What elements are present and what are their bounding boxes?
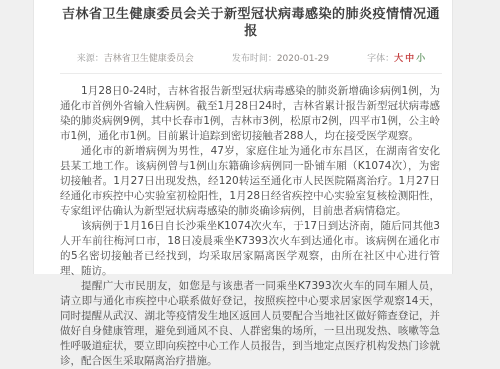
title-divider <box>60 73 442 74</box>
article-paragraph-1: 1月28日0-24时，吉林省报告新型冠状病毒感染的肺炎新增确诊病例1例，为通化市… <box>60 84 440 144</box>
font-size-small-button[interactable]: 小 <box>416 51 425 64</box>
meta-publish-time: 发布时间：2020-01-29 <box>232 51 329 64</box>
article-body: 1月28日0-24时，吉林省报告新型冠状病毒感染的肺炎新增确诊病例1例，为通化市… <box>60 84 442 274</box>
meta-source: 来源：吉林省卫生健康委员会 <box>77 51 194 64</box>
font-size-control: 字体：大中小 <box>367 51 425 64</box>
font-size-medium-button[interactable]: 中 <box>405 51 414 64</box>
article-card: 吉林省卫生健康委员会关于新型冠状病毒感染的肺炎疫情情况通报 来源：吉林省卫生健康… <box>33 0 453 274</box>
article-paragraph-2: 通化市的新增病例为男性，47岁，家庭住址为通化市东昌区，在湖南省安化县某工地工作… <box>60 144 440 219</box>
article-meta-bar: 来源：吉林省卫生健康委员会 发布时间：2020-01-29 字体：大中小 <box>60 51 442 64</box>
font-size-label: 字体： <box>367 54 394 64</box>
article-paragraph-3: 该病例于1月16日自长沙乘坐K1074次火车，于17日到达济南，随后同其他3人开… <box>60 219 440 274</box>
meta-publish-label: 发布时间： <box>232 54 277 64</box>
meta-source-value: 吉林省卫生健康委员会 <box>104 54 194 64</box>
meta-publish-value: 2020-01-29 <box>277 54 329 64</box>
page-title: 吉林省卫生健康委员会关于新型冠状病毒感染的肺炎疫情情况通报 <box>60 6 442 40</box>
font-size-large-button[interactable]: 大 <box>394 51 403 64</box>
meta-source-label: 来源： <box>77 54 104 64</box>
